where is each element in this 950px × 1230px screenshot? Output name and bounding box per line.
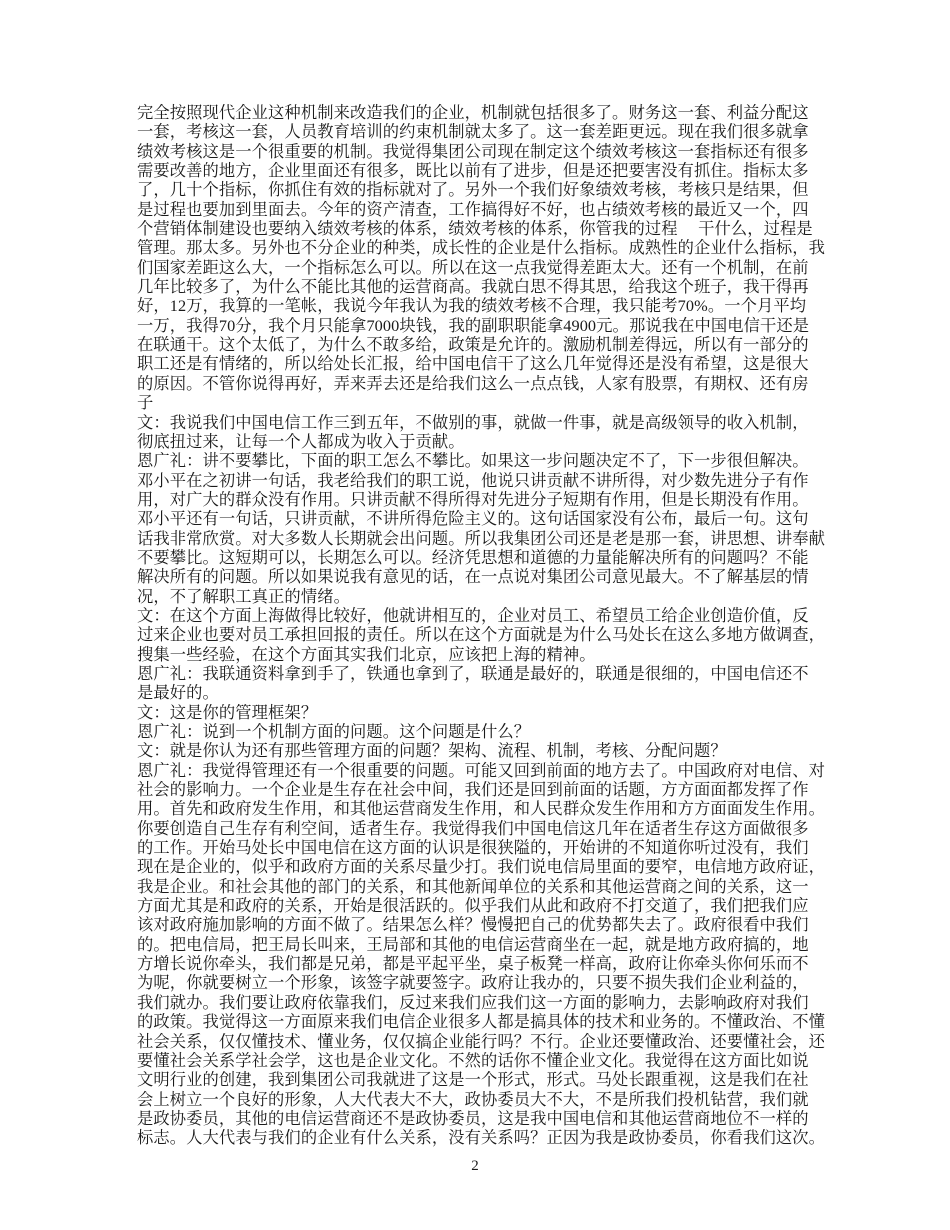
text-line: 为呢，你就要树立一个形象，该签字就要签字。政府让我办的，只要不损失我们企业利益的… bbox=[137, 973, 829, 992]
text-line: 用。首先和政府发生作用，和其他运营商发生作用，和人民群众发生作用和方方面面发生作… bbox=[137, 799, 829, 818]
document-page: 完全按照现代企业这种机制来改造我们的企业，机制就包括很多了。财务这一套、利益分配… bbox=[0, 0, 950, 1230]
text-line: 我们就办。我们要让政府依靠我们，反过来我们应我们这一方面的影响力，去影响政府对我… bbox=[137, 993, 829, 1012]
text-line: 职工还是有情绪的，所以给处长汇报，给中国电信干了这么几年觉得还是没有希望，这是很… bbox=[137, 354, 829, 373]
text-line: 该对政府施加影响的方面不做了。结果怎么样？慢慢把自己的优势都失去了。政府很看中我… bbox=[137, 915, 829, 934]
text-line: 标志。人大代表与我们的企业有什么关系，没有关系吗？正因为我是政协委员，你看我们这… bbox=[137, 1128, 829, 1147]
text-line: 社会关系，仅仅懂技术、懂业务，仅仅搞企业能行吗？不行。企业还要懂政治、还要懂社会… bbox=[137, 1032, 829, 1051]
text-line: 的政策。我觉得这一方面原来我们电信企业很多人都是搞具体的技术和业务的。不懂政治、… bbox=[137, 1012, 829, 1031]
text-line: 文：这是你的管理框架？ bbox=[137, 703, 829, 722]
text-line: 方面尤其是和政府的关系，开始是很活跃的。似乎我们从此和政府不打交道了，我们把我们… bbox=[137, 896, 829, 915]
text-line: 用，对广大的群众没有作用。只讲贡献不得所得对先进分子短期有作用，但是长期没有作用… bbox=[137, 490, 829, 509]
text-line: 完全按照现代企业这种机制来改造我们的企业，机制就包括很多了。财务这一套、利益分配… bbox=[137, 103, 829, 122]
text-line: 文：在这个方面上海做得比较好，他就讲相互的，企业对员工、希望员工给企业创造价值，… bbox=[137, 606, 829, 625]
text-line: 是政协委员，其他的电信运营商还不是政协委员，这是我中国电信和其他运营商地位不一样… bbox=[137, 1109, 829, 1128]
text-line: 搜集一些经验，在这个方面其实我们北京，应该把上海的精神。 bbox=[137, 645, 829, 664]
text-line: 恩广礼：讲不要攀比，下面的职工怎么不攀比。如果这一步问题决定不了，下一步很但解决… bbox=[137, 451, 829, 470]
text-line: 恩广礼：说到一个机制方面的问题。这个问题是什么？ bbox=[137, 722, 829, 741]
text-line: 方增长说你牵头，我们都是兄弟，都是平起平坐，桌子板凳一样高，政府让你牵头你何乐而… bbox=[137, 954, 829, 973]
text-line: 管理。那太多。另外也不分企业的种类，成长性的企业是什么指标。成熟性的企业什么指标… bbox=[137, 238, 829, 257]
text-line: 在联通干。这个太低了，为什么不敢多给，政策是允许的。激励机制差得远，所以有一部分… bbox=[137, 335, 829, 354]
text-line: 过来企业也要对员工承担回报的责任。所以在这个方面就是为什么马处长在这么多地方做调… bbox=[137, 625, 829, 644]
text-line: 彻底扭过来，让每一个人都成为收入于贡献。 bbox=[137, 432, 829, 451]
text-line: 恩广礼：我觉得管理还有一个很重要的问题。可能又回到前面的地方去了。中国政府对电信… bbox=[137, 761, 829, 780]
text-line: 的原因。不管你说得再好，弄来弄去还是给我们这么一点点钱，人家有股票，有期权、还有… bbox=[137, 374, 829, 393]
text-line: 们国家差距这么大，一个指标怎么可以。所以在这一点我觉得差距太大。还有一个机制，在… bbox=[137, 258, 829, 277]
text-line: 个营销体制建设也要纳入绩效考核的体系，绩效考核的体系，你管我的过程 干什么，过程… bbox=[137, 219, 829, 238]
text-line: 我是企业。和社会其他的部门的关系，和其他新闻单位的关系和其他运营商之间的关系，这… bbox=[137, 877, 829, 896]
text-line: 一万，我得70分，我个月只能拿7000块钱，我的副职职能拿4900元。那说我在中… bbox=[137, 316, 829, 335]
text-line: 几年比较多了，为什么不能比其他的运营商高。我就白思不得其思，给我这个班子，我干得… bbox=[137, 277, 829, 296]
text-line: 邓小平还有一句话，只讲贡献，不讲所得危险主义的。这句话国家没有公布，最后一句。这… bbox=[137, 509, 829, 528]
text-line: 你要创造自己生存有利空间，适者生存。我觉得我们中国电信这几年在适者生存这方面做很… bbox=[137, 819, 829, 838]
text-line: 一套，考核这一套，人员教育培训的约束机制就太多了。这一套差距更远。现在我们很多就… bbox=[137, 122, 829, 141]
text-line: 文：我说我们中国电信工作三到五年，不做别的事，就做一件事，就是高级领导的收入机制… bbox=[137, 413, 829, 432]
text-line: 况，不了解职工真正的情绪。 bbox=[137, 587, 829, 606]
document-text-block: 完全按照现代企业这种机制来改造我们的企业，机制就包括很多了。财务这一套、利益分配… bbox=[137, 103, 829, 1148]
text-line: 文：就是你认为还有那些管理方面的问题？架构、流程、机制，考核、分配问题？ bbox=[137, 741, 829, 760]
text-line: 好，12万，我算的一笔帐，我说今年我认为我的绩效考核不合理，我只能考70%。一个… bbox=[137, 296, 829, 315]
text-line: 需要改善的地方，企业里面还有很多，既比以前有了进步，但是还把要害没有抓住。指标太… bbox=[137, 161, 829, 180]
text-line: 文明行业的创建，我到集团公司我就进了这是一个形式，形式。马处长跟重视，这是我们在… bbox=[137, 1070, 829, 1089]
text-line: 会上树立一个良好的形象，人大代表大不大，政协委员大不大，不是所我们投机钻营，我们… bbox=[137, 1090, 829, 1109]
text-line: 社会的影响力。一个企业是生存在社会中间，我们还是回到前面的话题，方方面面都发挥了… bbox=[137, 780, 829, 799]
text-line: 话我非常欣赏。对大多数人长期就会出问题。所以我集团公司还是老是那一套，讲思想、讲… bbox=[137, 529, 829, 548]
text-line: 解决所有的问题。所以如果说我有意见的话，在一点说对集团公司意见最大。不了解基层的… bbox=[137, 567, 829, 586]
text-line: 恩广礼：我联通资料拿到手了，铁通也拿到了，联通是最好的，联通是很细的，中国电信还… bbox=[137, 664, 829, 683]
text-line: 邓小平在之初讲一句话，我老给我们的职工说，他说只讲贡献不讲所得，对少数先进分子有… bbox=[137, 471, 829, 490]
text-line: 了，几十个指标，你抓住有效的指标就对了。另外一个我们好象绩效考核，考核只是结果，… bbox=[137, 180, 829, 199]
text-line: 现在是企业的，似乎和政府方面的关系尽量少打。我们说电信局里面的要窄，电信地方政府… bbox=[137, 857, 829, 876]
text-line: 绩效考核这是一个很重要的机制。我觉得集团公司现在制定这个绩效考核这一套指标还有很… bbox=[137, 142, 829, 161]
text-line: 不要攀比。这短期可以，长期怎么可以。经济凭思想和道德的力量能解决所有的问题吗？不… bbox=[137, 548, 829, 567]
text-line: 要懂社会关系学社会学，这也是企业文化。不然的话你不懂企业文化。我觉得在这方面比如… bbox=[137, 1051, 829, 1070]
text-line: 是过程也要加到里面去。今年的资产清查，工作搞得好不好，也占绩效考核的最近又一个，… bbox=[137, 200, 829, 219]
text-line: 的工作。开始马处长中国电信在这方面的认识是很狭隘的，开始讲的不知道你听过没有，我… bbox=[137, 838, 829, 857]
text-line: 是最好的。 bbox=[137, 683, 829, 702]
text-line: 子 bbox=[137, 393, 829, 412]
page-number: 2 bbox=[0, 1158, 950, 1175]
text-line: 的。把电信局，把王局长叫来，王局部和其他的电信运营商坐在一起，就是地方政府搞的，… bbox=[137, 935, 829, 954]
